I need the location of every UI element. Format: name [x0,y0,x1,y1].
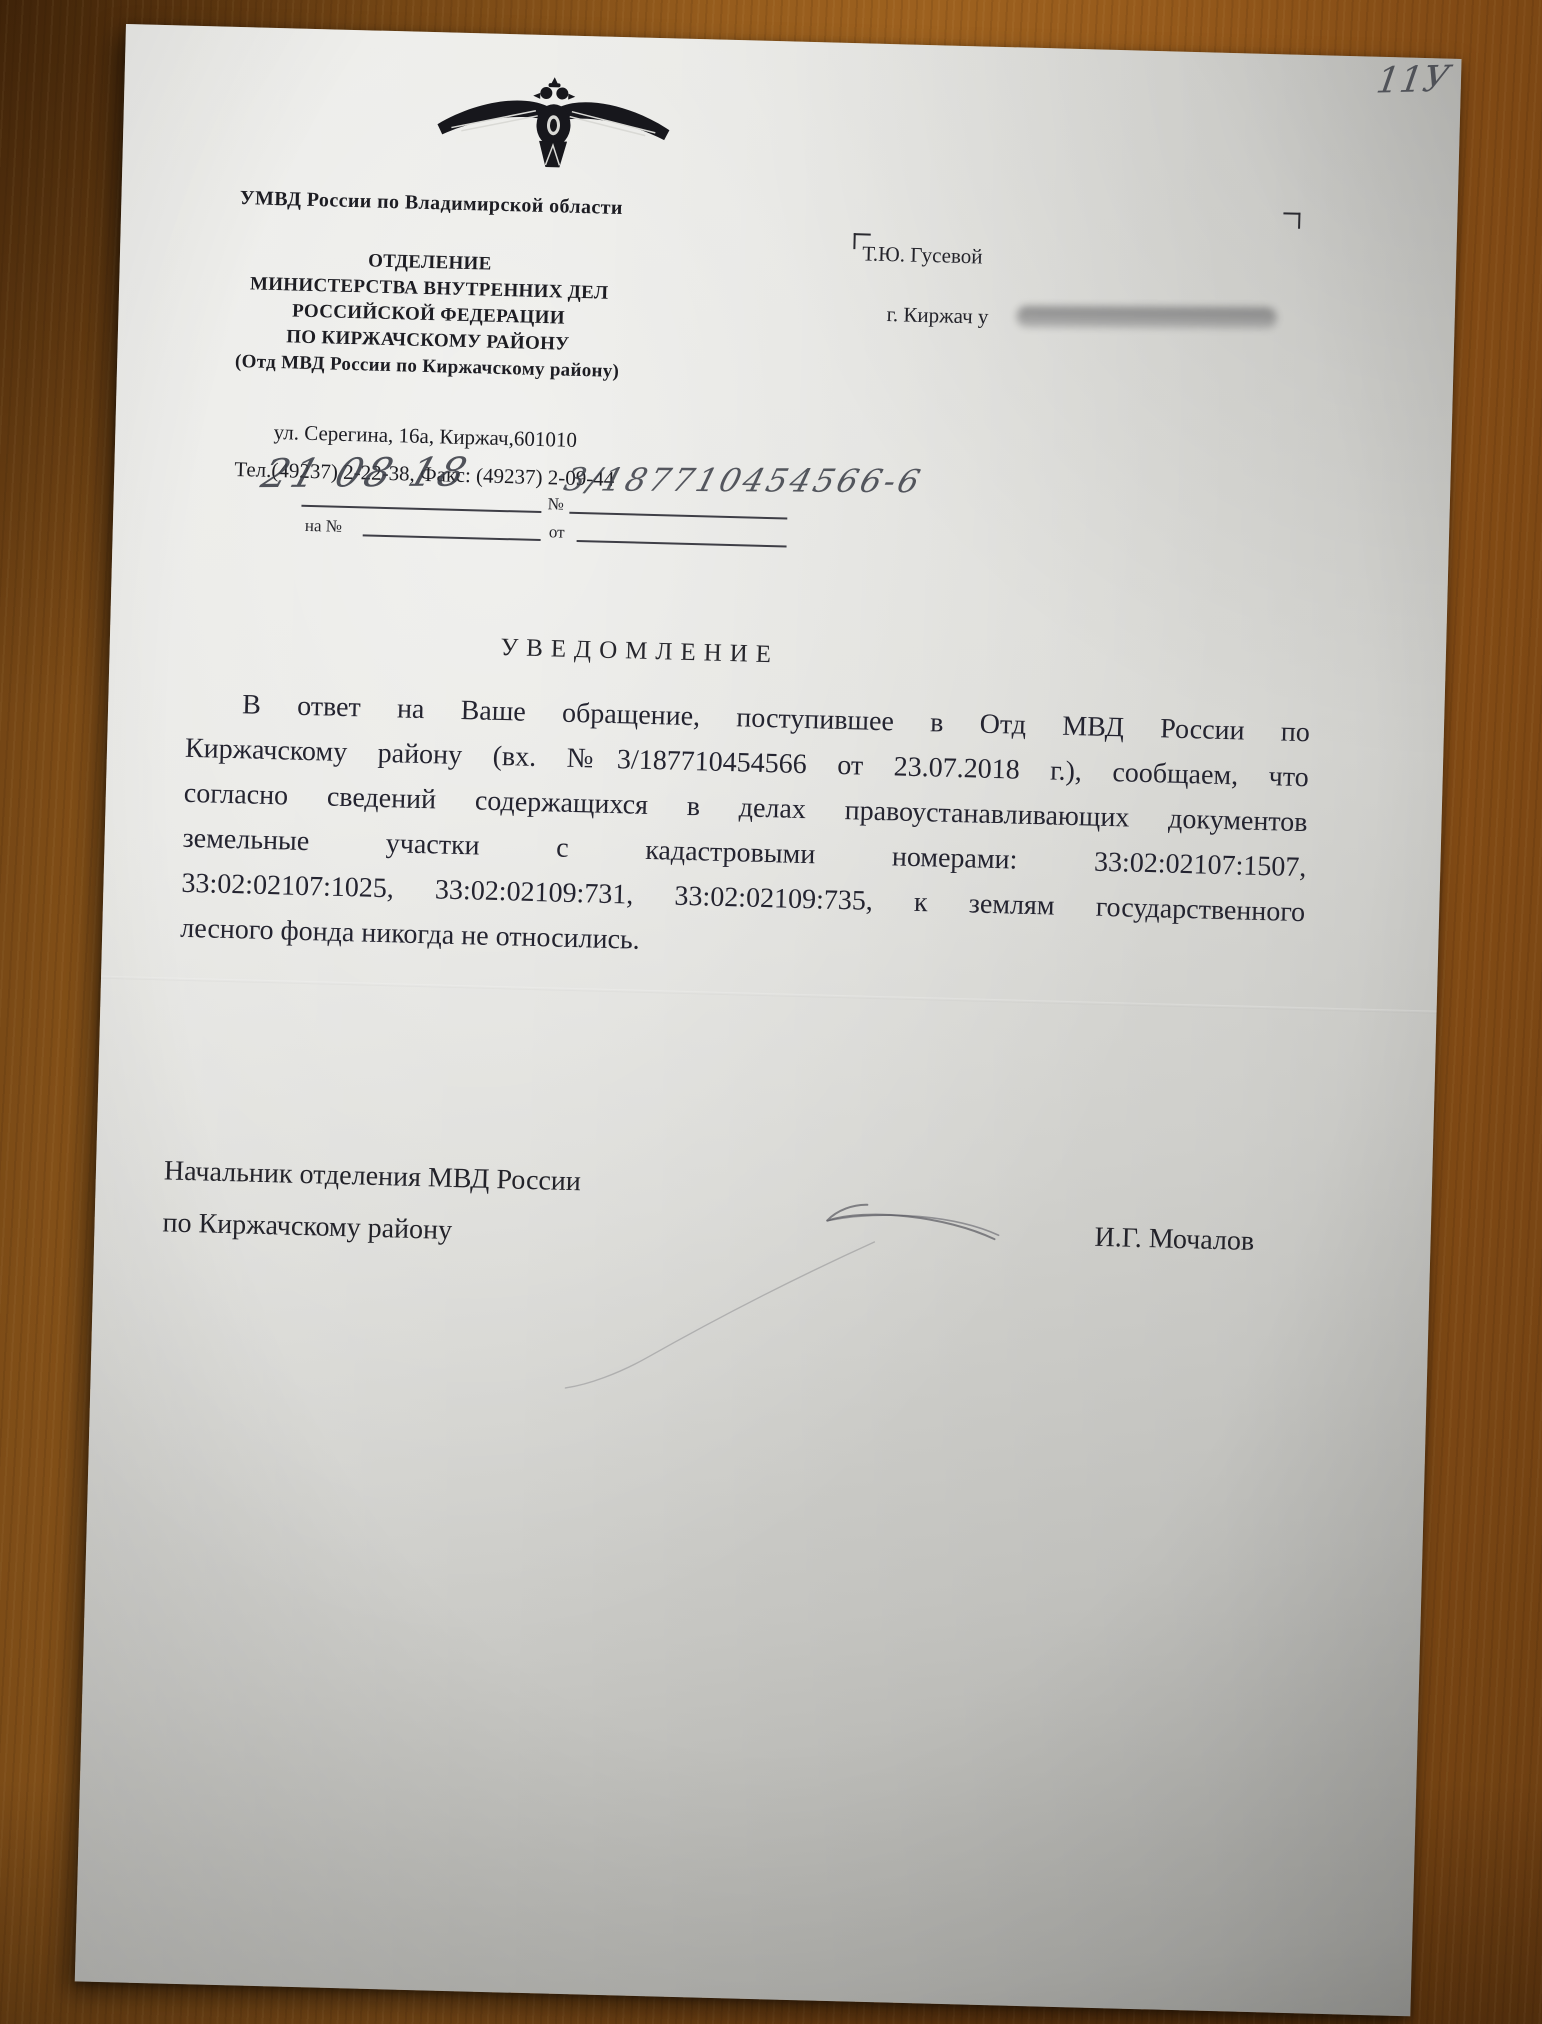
date-blank-rule [301,487,541,513]
address-corner-mark-right [1283,212,1300,228]
recipient-address: г. Киржач у [886,302,988,330]
reply-from-label: от [549,522,565,542]
photographed-document-scene: УМВД России по Владимирской области ОТДЕ… [0,0,1542,2024]
handwritten-corner-note: 11У [1374,59,1453,102]
reply-number-blank-rule [363,516,541,541]
letterhead-org-name: ОТДЕЛЕНИЕ МИНИСТЕРСТВА ВНУТРЕННИХ ДЕЛ РО… [177,243,680,386]
reply-to-number-label: на № [305,516,343,537]
reply-date-blank-rule [577,522,787,547]
paper-crease [101,976,1437,1014]
mvd-double-eagle-crest-icon [432,70,675,176]
recipient-name: Т.Ю. Гусевой [862,241,983,269]
redacted-address-blur [1017,306,1277,328]
pen-signature-squiggle [470,1144,1036,1409]
signer-position-line2: по Киржачскому району [162,1207,452,1247]
letterhead-region-org: УМВД России по Владимирской области [181,186,681,222]
document-body-paragraph: В ответ на Ваше обращение, поступившее в… [180,681,1311,980]
letter-sheet: УМВД России по Владимирской области ОТДЕ… [75,24,1462,2016]
signer-name: И.Г. Мочалов [1094,1222,1254,1258]
handwritten-outgoing-number: 3/187710454566-6 [560,461,927,501]
document-title: УВЕДОМЛЕНИЕ [429,632,850,671]
